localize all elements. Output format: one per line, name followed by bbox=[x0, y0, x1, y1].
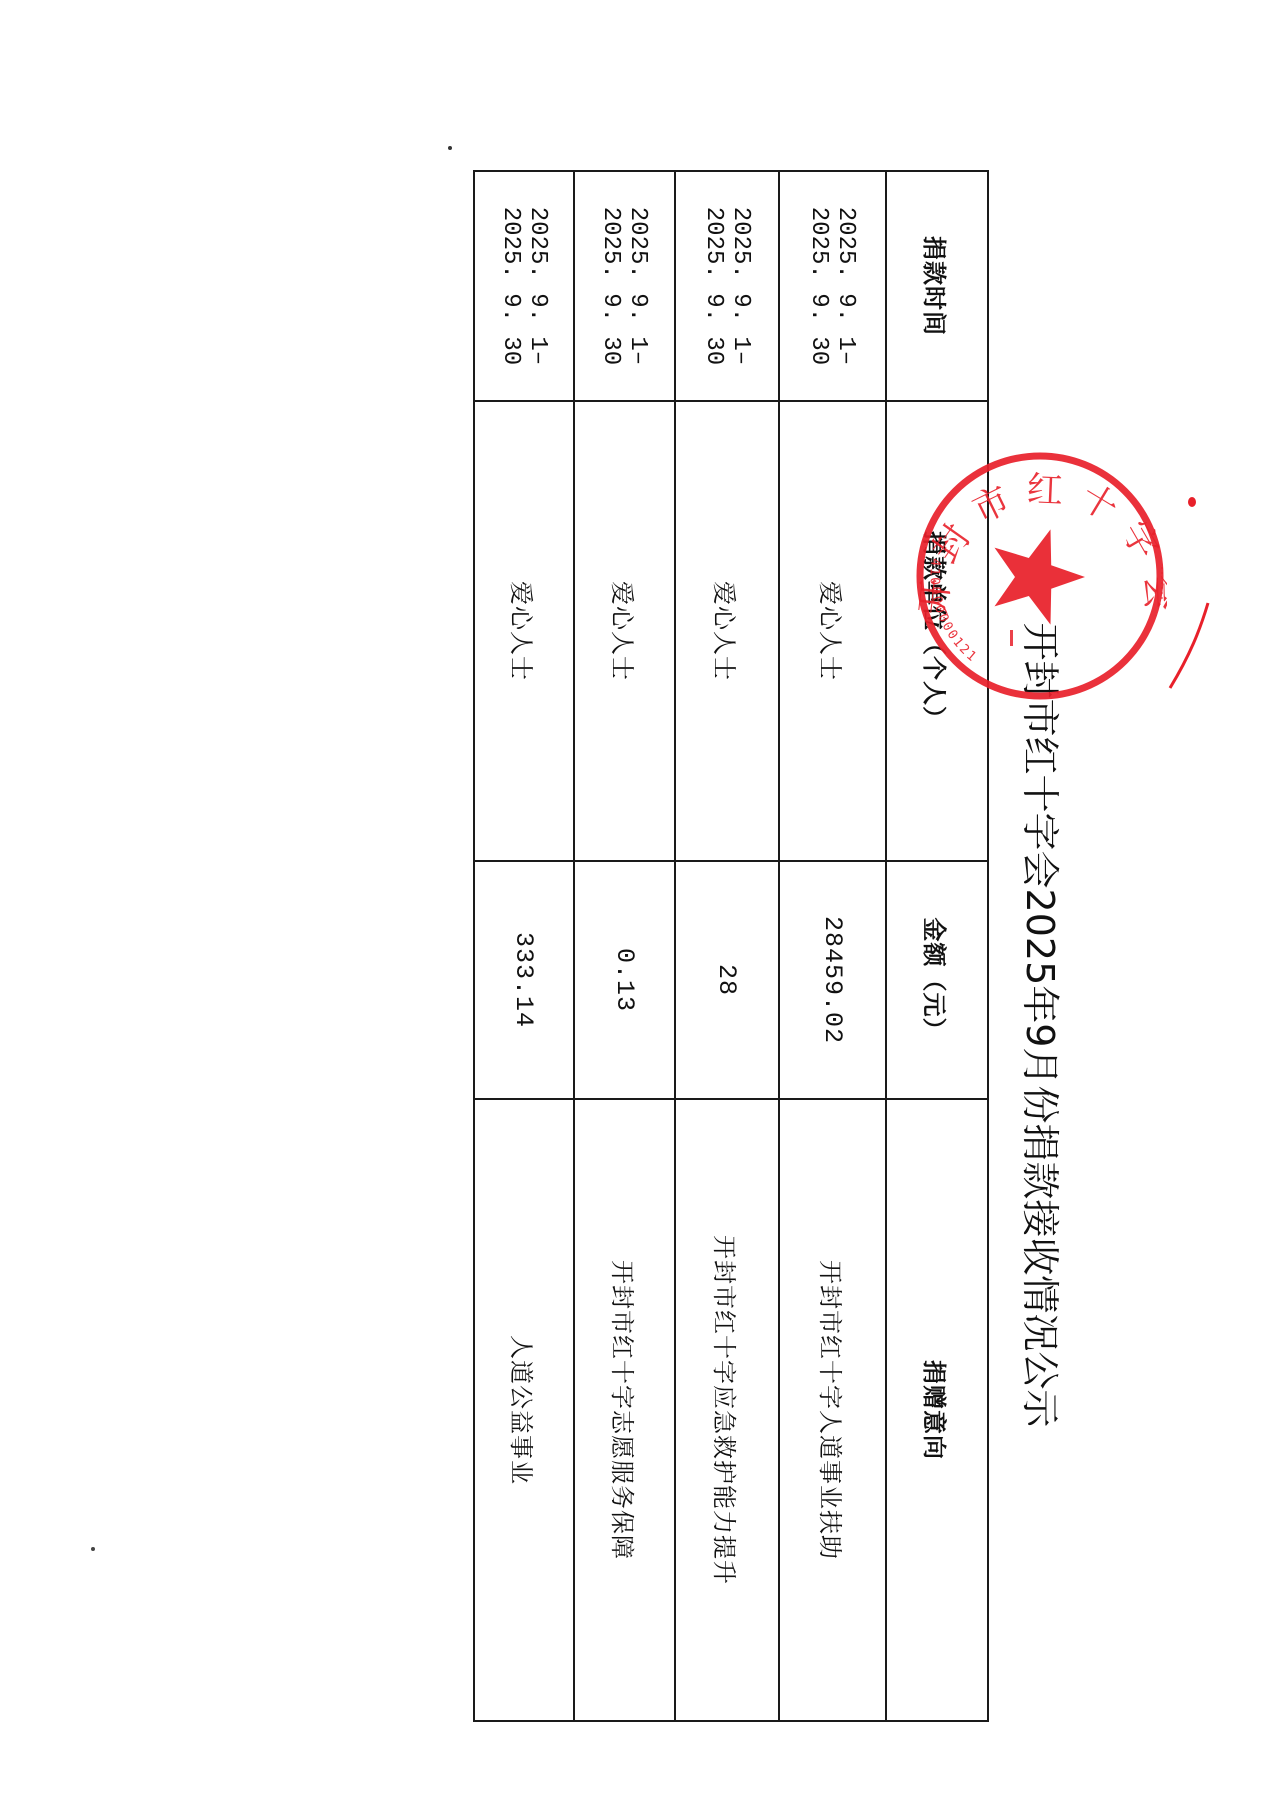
donation-table: 捐款时间 捐款单位（个人） 金额（元） 捐赠意向 2025. 9. 1–2025… bbox=[473, 170, 989, 1722]
cell-purpose: 开封市红十字人道事业扶助 bbox=[779, 1099, 886, 1721]
donation-table-wrapper: 捐款时间 捐款单位（个人） 金额（元） 捐赠意向 2025. 9. 1–2025… bbox=[475, 170, 989, 1720]
table-row: 2025. 9. 1–2025. 9. 30 爱心人士 333.14 人道公益事… bbox=[474, 171, 574, 1721]
cell-amount: 333.14 bbox=[474, 861, 574, 1099]
table-row: 2025. 9. 1–2025. 9. 30 爱心人士 28 开封市红十字应急救… bbox=[675, 171, 779, 1721]
cell-donor: 爱心人士 bbox=[574, 401, 675, 861]
header-donor: 捐款单位（个人） bbox=[886, 401, 988, 861]
cell-time: 2025. 9. 1–2025. 9. 30 bbox=[779, 171, 886, 401]
table-header-row: 捐款时间 捐款单位（个人） 金额（元） 捐赠意向 bbox=[886, 171, 988, 1721]
cell-donor: 爱心人士 bbox=[779, 401, 886, 861]
cell-amount: 0.13 bbox=[574, 861, 675, 1099]
page-title: 开封市红十字会2025年9月份捐款接收情况公示 bbox=[1012, 600, 1068, 1450]
header-amount: 金额（元） bbox=[886, 861, 988, 1099]
cell-time: 2025. 9. 1–2025. 9. 30 bbox=[675, 171, 779, 401]
title-block: 开封市红十字会2025年9月份捐款接收情况公示 bbox=[1012, 600, 1068, 1450]
cell-amount: 28459.02 bbox=[779, 861, 886, 1099]
red-dot-mark bbox=[1188, 497, 1196, 507]
cell-purpose: 开封市红十字志愿服务保障 bbox=[574, 1099, 675, 1721]
table-row: 2025. 9. 1–2025. 9. 30 爱心人士 28459.02 开封市… bbox=[779, 171, 886, 1721]
table-row: 2025. 9. 1–2025. 9. 30 爱心人士 0.13 开封市红十字志… bbox=[574, 171, 675, 1721]
cell-donor: 爱心人士 bbox=[474, 401, 574, 861]
red-streak-mark bbox=[1170, 603, 1208, 688]
cell-purpose: 开封市红十字应急救护能力提升 bbox=[675, 1099, 779, 1721]
cell-time: 2025. 9. 1–2025. 9. 30 bbox=[474, 171, 574, 401]
cell-time: 2025. 9. 1–2025. 9. 30 bbox=[574, 171, 675, 401]
cell-donor: 爱心人士 bbox=[675, 401, 779, 861]
cell-amount: 28 bbox=[675, 861, 779, 1099]
speck bbox=[448, 146, 452, 150]
header-purpose: 捐赠意向 bbox=[886, 1099, 988, 1721]
speck bbox=[91, 1547, 95, 1551]
cell-purpose: 人道公益事业 bbox=[474, 1099, 574, 1721]
header-donation-time: 捐款时间 bbox=[886, 171, 988, 401]
